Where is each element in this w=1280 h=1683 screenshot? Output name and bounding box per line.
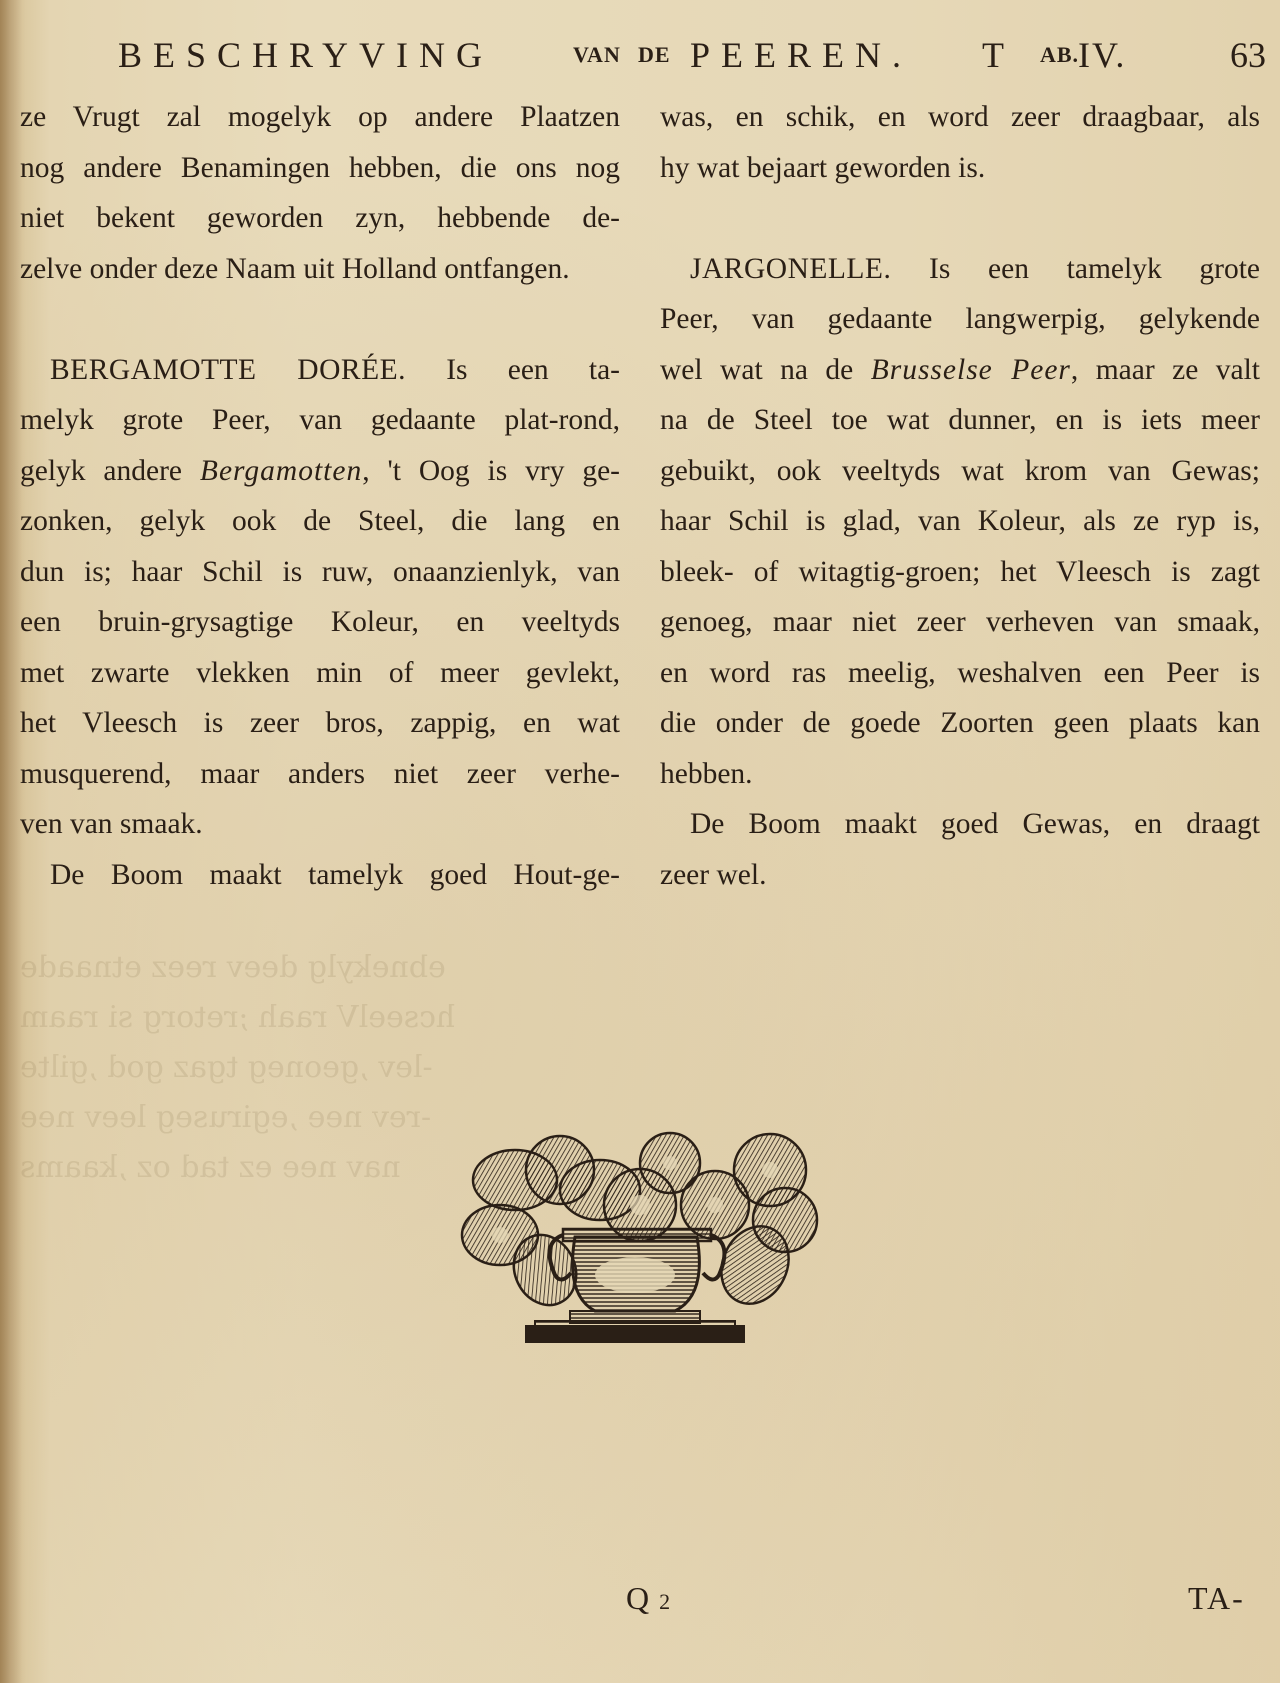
text-line: een bruin-grysagtige Koleur, en veeltyds — [20, 597, 620, 648]
entry-first-line: BERGAMOTTE DORÉE. Is een ta- — [20, 345, 620, 396]
text-line: ze Vrugt zal mogelyk op andere Plaatzen — [20, 92, 620, 143]
text-line: hy wat bejaart geworden is. — [660, 143, 1260, 194]
signature-number: 2 — [659, 1589, 670, 1614]
text-line: Peer, van gedaante langwerpig, gelykende — [660, 294, 1260, 345]
catchword: TA- — [1188, 1580, 1245, 1617]
entry-first-line: JARGONELLE. Is een tamelyk grote — [660, 244, 1260, 295]
text-line: zelve onder deze Naam uit Holland ontfan… — [20, 244, 620, 295]
show-through-text: nav nee ez tad oz ,kaams — [20, 1150, 401, 1185]
text-line: nog andere Benamingen hebben, die ons no… — [20, 143, 620, 194]
text-line: dun is; haar Schil is ruw, onaanzienlyk,… — [20, 547, 620, 598]
text-line: niet bekent geworden zyn, hebbende de- — [20, 193, 620, 244]
entry-heading-bergamotte-doree: BERGAMOTTE DORÉE. — [50, 354, 406, 386]
signature-mark: Q2 — [626, 1580, 670, 1617]
page-number: 63 — [1230, 34, 1266, 76]
header-tab-number: IV. — [1078, 34, 1126, 76]
text-line: melyk grote Peer, van gedaante plat-rond… — [20, 395, 620, 446]
text-line: musquerend, maar anders niet zeer verhe- — [20, 749, 620, 800]
text-line: was, en schik, en word zeer draagbaar, a… — [660, 92, 1260, 143]
show-through-text: hcseelV raah ;retorg si raam — [20, 1000, 455, 1035]
italic-term: Bergamotten — [200, 455, 362, 487]
header-title-word: VAN — [573, 42, 621, 68]
text-fragment: , 't Oog is vry ge- — [362, 455, 620, 487]
text-fragment: , maar ze valt — [1071, 354, 1260, 386]
header-tab-label: T — [982, 34, 1008, 76]
text-line: bleek- of witagtig-groen; het Vleesch is… — [660, 547, 1260, 598]
text-line: zeer wel. — [660, 850, 1260, 901]
text-line: die onder de goede Zoorten geen plaats k… — [660, 698, 1260, 749]
text-fragment: wel wat na de — [660, 354, 853, 386]
text-fragment: Is een tamelyk grote — [929, 253, 1260, 285]
text-line: na de Steel toe wat dunner, en is iets m… — [660, 395, 1260, 446]
text-line: hebben. — [660, 749, 1260, 800]
text-line: zonken, gelyk ook de Steel, die lang en — [20, 496, 620, 547]
show-through-text: -lev ,geoneg tgaz god ,gilte — [20, 1050, 433, 1085]
flower-vase-ornament-icon — [445, 1125, 835, 1355]
text-line: met zwarte vlekken min of meer gevlekt, — [20, 648, 620, 699]
signature-letter: Q — [626, 1580, 649, 1616]
text-line: ven van smaak. — [20, 799, 620, 850]
text-line: gebuikt, ook veeltyds wat krom van Gewas… — [660, 446, 1260, 497]
text-fragment: gelyk andere — [20, 455, 182, 487]
text-line: wel wat na de Brusselse Peer, maar ze va… — [660, 345, 1260, 396]
text-line: De Boom maakt tamelyk goed Hout-ge- — [20, 850, 620, 901]
left-column: ze Vrugt zal mogelyk op andere Plaatzen … — [20, 92, 620, 900]
header-title-word: PEEREN. — [690, 34, 912, 76]
text-line: gelyk andere Bergamotten, 't Oog is vry … — [20, 446, 620, 497]
running-header: BESCHRYVING VAN DE PEEREN. T AB. IV. 63 — [118, 34, 1268, 80]
text-line: het Vleesch is zeer bros, zappig, en wat — [20, 698, 620, 749]
text-line: haar Schil is glad, van Koleur, als ze r… — [660, 496, 1260, 547]
header-tab-label: AB. — [1040, 42, 1079, 68]
header-title-word: DE — [638, 42, 671, 68]
text-line: en word ras meelig, weshalven een Peer i… — [660, 648, 1260, 699]
header-title-word: BESCHRYVING — [118, 34, 493, 76]
text-fragment: Is een ta- — [446, 354, 620, 386]
text-line: genoeg, maar niet zeer verheven van smaa… — [660, 597, 1260, 648]
show-through-text: -rev nee ,egiruseg leev nee — [20, 1100, 431, 1135]
show-through-text: ebnekylg deev reez etnaade — [20, 950, 446, 985]
entry-heading-jargonelle: JARGONELLE. — [690, 253, 891, 285]
right-column: was, en schik, en word zeer draagbaar, a… — [660, 92, 1260, 900]
text-line: De Boom maakt goed Gewas, en draagt — [660, 799, 1260, 850]
italic-term: Brusselse Peer — [871, 354, 1071, 386]
book-page: ebnekylg deev reez etnaade hcseelV raah … — [0, 0, 1280, 1683]
